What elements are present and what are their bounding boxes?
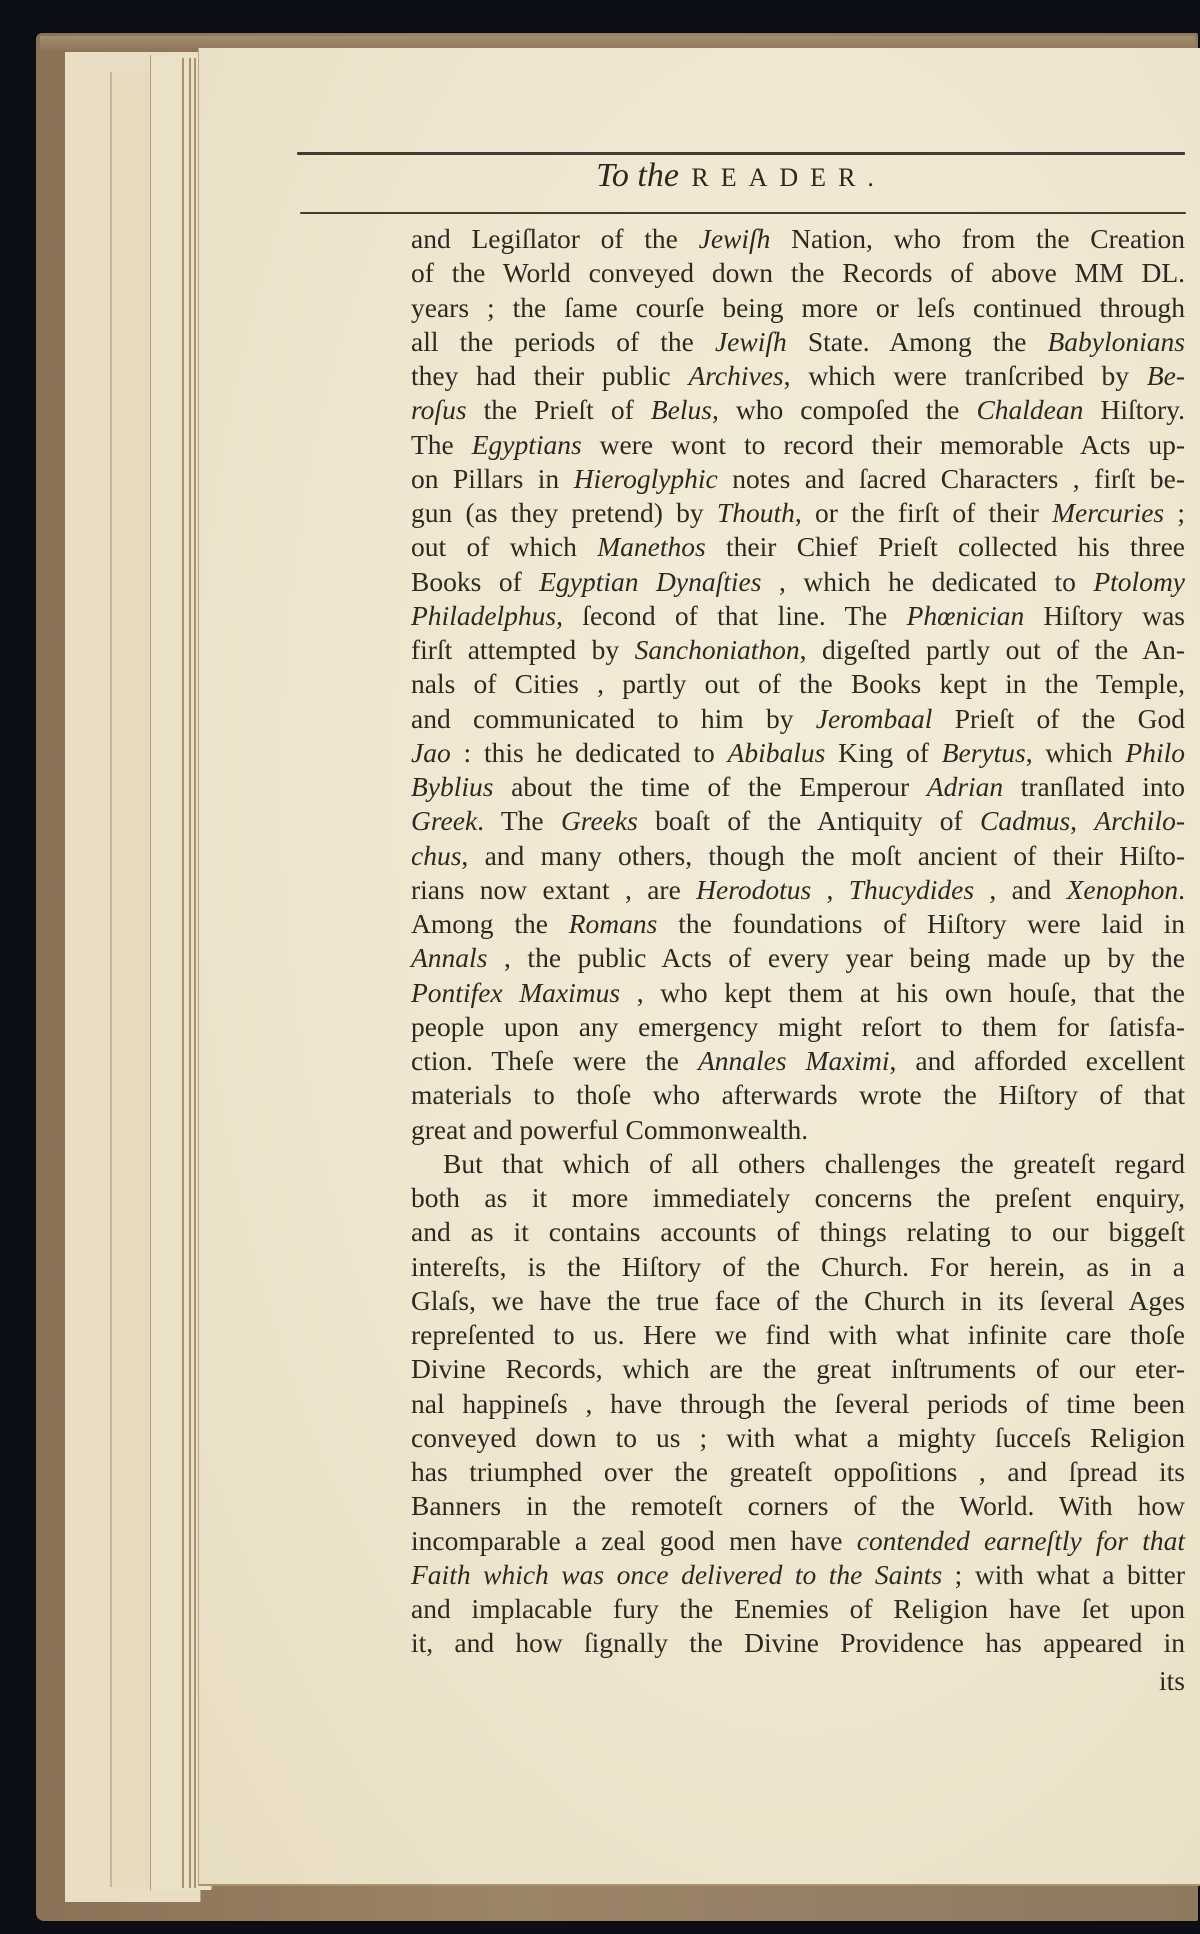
text-line: Annals , the public Acts of every year b… <box>411 941 1185 975</box>
text-line: conveyed down to us ; with what a mighty… <box>411 1421 1185 1455</box>
text-line: and as it contains accounts of things re… <box>411 1215 1185 1249</box>
header-bottom-rule <box>300 212 1186 214</box>
text-line: gun (as they pretend) by Thouth, or the … <box>411 496 1185 530</box>
running-head: To the READER. <box>297 154 1185 200</box>
page-edge-line <box>182 58 184 1888</box>
text-line: ction. Theſe were the Annales Maximi, an… <box>411 1044 1185 1078</box>
text-line: nals of Cities , partly out of the Books… <box>411 667 1185 701</box>
text-line: intereſts, is the Hiſtory of the Church.… <box>411 1250 1185 1284</box>
text-line: people upon any emergency might reſort t… <box>411 1010 1185 1044</box>
text-line: nal happineſs , have through the ſeveral… <box>411 1387 1185 1421</box>
text-line: The Egyptians were wont to record their … <box>411 428 1185 462</box>
text-line: has triumphed over the greateſt oppoſiti… <box>411 1455 1185 1489</box>
text-line: Banners in the remoteſt corners of the W… <box>411 1489 1185 1523</box>
text-line: Byblius about the time of the Emperour A… <box>411 770 1185 804</box>
text-line: Pontifex Maximus , who kept them at his … <box>411 976 1185 1010</box>
running-head-italic: To the <box>596 157 679 194</box>
text-line: roſus the Prieſt of Belus, who compoſed … <box>411 393 1185 427</box>
text-line: great and powerful Commonwealth. <box>411 1113 1185 1147</box>
text-line: materials to thoſe who afterwards wrote … <box>411 1078 1185 1112</box>
text-line: Greek. The Greeks boaſt of the Antiquity… <box>411 804 1185 838</box>
catchword: its <box>1100 1664 1185 1698</box>
text-line: repreſented to us. Here we find with wha… <box>411 1318 1185 1352</box>
text-line: Faith which was once delivered to the Sa… <box>411 1558 1185 1592</box>
text-line: out of which Manethos their Chief Prieſt… <box>411 530 1185 564</box>
body-text: and Legiſlator of the Jewiſh Nation, who… <box>411 222 1185 1661</box>
text-line: Among the Romans the foundations of Hiſt… <box>411 907 1185 941</box>
text-line: incomparable a zeal good men have conten… <box>411 1524 1185 1558</box>
text-line: Philadelphus, ſecond of that line. The P… <box>411 599 1185 633</box>
text-line: all the periods of the Jewiſh State. Amo… <box>411 325 1185 359</box>
text-line: they had their public Archives, which we… <box>411 359 1185 393</box>
running-head-smallcaps: READER. <box>691 163 886 192</box>
text-line: Books of Egyptian Dynaſties , which he d… <box>411 565 1185 599</box>
page-edge-line <box>189 58 191 1888</box>
text-line: But that which of all others challenges … <box>411 1147 1185 1181</box>
text-line: Divine Records, which are the great inſt… <box>411 1352 1185 1386</box>
text-line: chus, and many others, though the moſt a… <box>411 839 1185 873</box>
text-line: years ; the ſame courſe being more or le… <box>411 291 1185 325</box>
text-line: and implacable fury the Enemies of Relig… <box>411 1592 1185 1626</box>
text-line: Glaſs, we have the true face of the Chur… <box>411 1284 1185 1318</box>
text-line: it, and how ſignally the Divine Providen… <box>411 1626 1185 1660</box>
text-line: and Legiſlator of the Jewiſh Nation, who… <box>411 222 1185 256</box>
page-edge-line <box>194 58 196 1888</box>
text-line: firſt attempted by Sanchoniathon, digeſt… <box>411 633 1185 667</box>
text-line: and communicated to him by Jerombaal Pri… <box>411 702 1185 736</box>
text-line: Jao : this he dedicated to Abibalus King… <box>411 736 1185 770</box>
text-line: rians now extant , are Herodotus , Thucy… <box>411 873 1185 907</box>
text-line: both as it more immediately concerns the… <box>411 1181 1185 1215</box>
text-line: of the World conveyed down the Records o… <box>411 256 1185 290</box>
text-line: on Pillars in Hieroglyphic notes and ſac… <box>411 462 1185 496</box>
